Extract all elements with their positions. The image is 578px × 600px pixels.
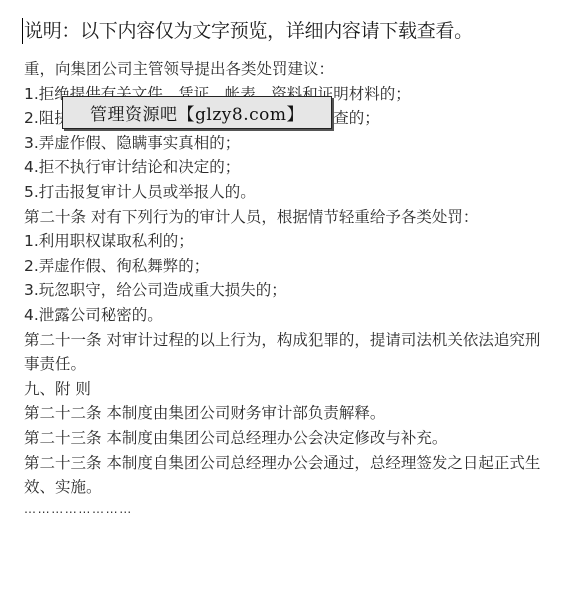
- section-heading: 九、附 则: [24, 377, 554, 402]
- preview-notice: 说明：以下内容仅为文字预览，详细内容请下载查看。: [22, 18, 473, 44]
- doc-line: 2.弄虚作假、徇私舞弊的；: [24, 254, 554, 279]
- article-22: 第二十二条 本制度由集团公司财务审计部负责解释。: [24, 401, 554, 426]
- doc-line: 4.泄露公司秘密的。: [24, 303, 554, 328]
- doc-line: 4.拒不执行审计结论和决定的；: [24, 155, 554, 180]
- article-21: 第二十一条 对审计过程的以上行为，构成犯罪的，提请司法机关依法追究刑事责任。: [24, 328, 554, 377]
- article-23a: 第二十三条 本制度由集团公司总经理办公会决定修改与补充。: [24, 426, 554, 451]
- article-23b: 第二十三条 本制度自集团公司总经理办公会通过，总经理签发之日起正式生效、实施。: [24, 451, 554, 500]
- doc-line: 5.打击报复审计人员或举报人的。: [24, 180, 554, 205]
- ellipsis: ……………………: [24, 502, 554, 516]
- article-20: 第二十条 对有下列行为的审计人员，根据情节轻重给予各类处罚：: [24, 205, 554, 230]
- doc-line: 重，向集团公司主管领导提出各类处罚建议：: [24, 57, 554, 82]
- doc-line: 3.弄虚作假、隐瞒事实真相的；: [24, 131, 554, 156]
- watermark-banner: 管理资源吧【glzy8.com】: [62, 96, 332, 129]
- doc-line: 1.利用职权谋取私利的；: [24, 229, 554, 254]
- doc-line: 3.玩忽职守，给公司造成重大损失的；: [24, 278, 554, 303]
